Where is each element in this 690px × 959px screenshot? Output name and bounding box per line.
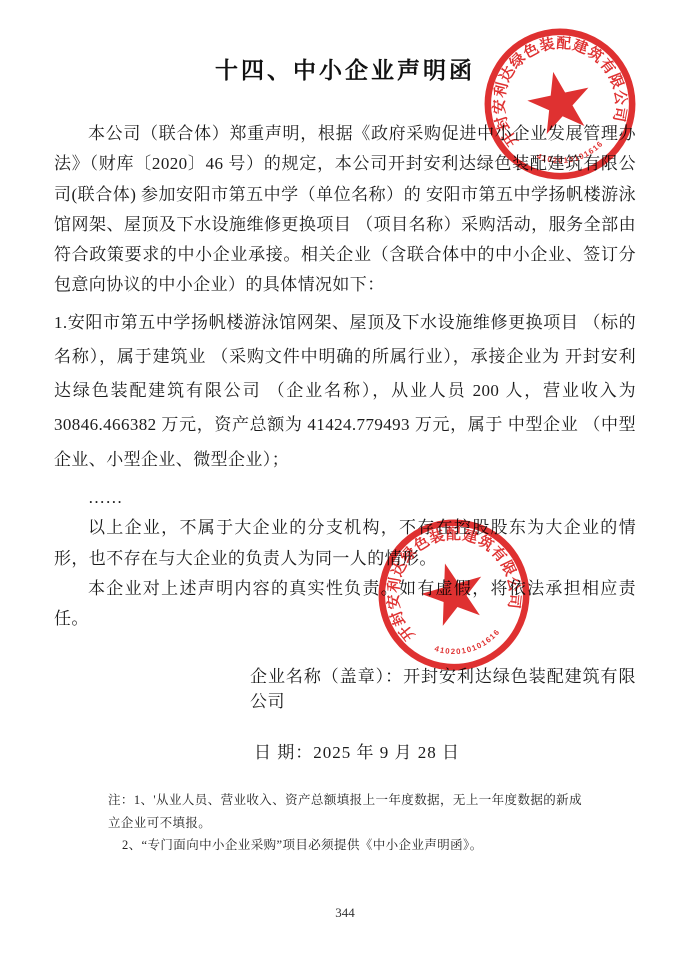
date-line: 日 期：2025 年 9 月 28 日 bbox=[54, 738, 636, 763]
page-number: 344 bbox=[0, 905, 690, 921]
ellipsis-line: …… bbox=[54, 483, 636, 513]
enterprise-item-paragraph: 1.安阳市第五中学扬帆楼游泳馆网架、屋顶及下水设施维修更换项目 （标的名称），属… bbox=[54, 306, 636, 478]
document-title: 十四、中小企业声明函 bbox=[0, 52, 690, 85]
declaration-paragraph: 本公司（联合体）郑重声明，根据《政府采购促进中小企业发展管理办法》（财库〔202… bbox=[54, 119, 636, 301]
footnote-2: 2、“专门面向中小企业采购”项目必须提供《中小企业声明函》。 bbox=[108, 834, 582, 856]
no-large-enterprise-paragraph: 以上企业，不属于大企业的分支机构，不存在控股股东为大企业的情形，也不存在与大企业… bbox=[54, 513, 636, 574]
document-page: 十四、中小企业声明函 本公司（联合体）郑重声明，根据《政府采购促进中小企业发展管… bbox=[0, 0, 690, 959]
footnote-1: 注：1、'从业人员、营业收入、资产总额填报上一年度数据，无上一年度数据的新成立企… bbox=[108, 789, 582, 834]
footnotes: 注：1、'从业人员、营业收入、资产总额填报上一年度数据，无上一年度数据的新成立企… bbox=[108, 789, 582, 856]
document-body: 本公司（联合体）郑重声明，根据《政府采购促进中小企业发展管理办法》（财库〔202… bbox=[54, 119, 636, 856]
responsibility-paragraph: 本企业对上述声明内容的真实性负责。如有虚假，将依法承担相应责任。 bbox=[54, 574, 636, 635]
company-seal-line: 企业名称（盖章）：开封安利达绿色装配建筑有限公司 bbox=[54, 662, 636, 712]
